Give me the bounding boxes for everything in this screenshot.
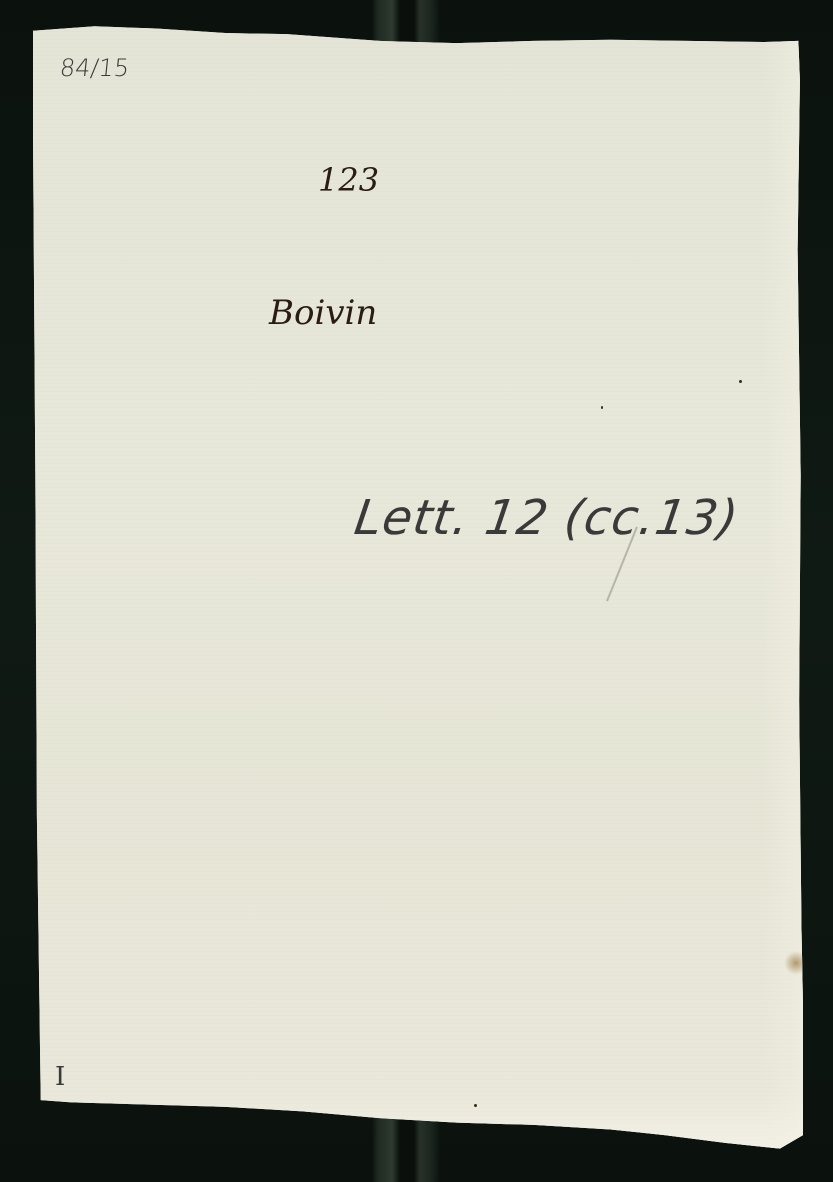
roman-numeral-marker: I bbox=[55, 1064, 65, 1090]
correspondent-name: Boivin bbox=[269, 296, 377, 330]
reference-number: 84/15 bbox=[59, 56, 131, 80]
letter-reference: Lett. 12 (cc.13) bbox=[352, 494, 742, 542]
paper-speck bbox=[474, 1104, 477, 1107]
paper-edge-shading bbox=[763, 24, 803, 1152]
paper-sheet: 84/15 123 Boivin Lett. 12 (cc.13) I bbox=[33, 24, 803, 1152]
paper-speck bbox=[739, 380, 742, 383]
paper-speck bbox=[601, 406, 603, 409]
folio-number: 123 bbox=[318, 164, 379, 196]
